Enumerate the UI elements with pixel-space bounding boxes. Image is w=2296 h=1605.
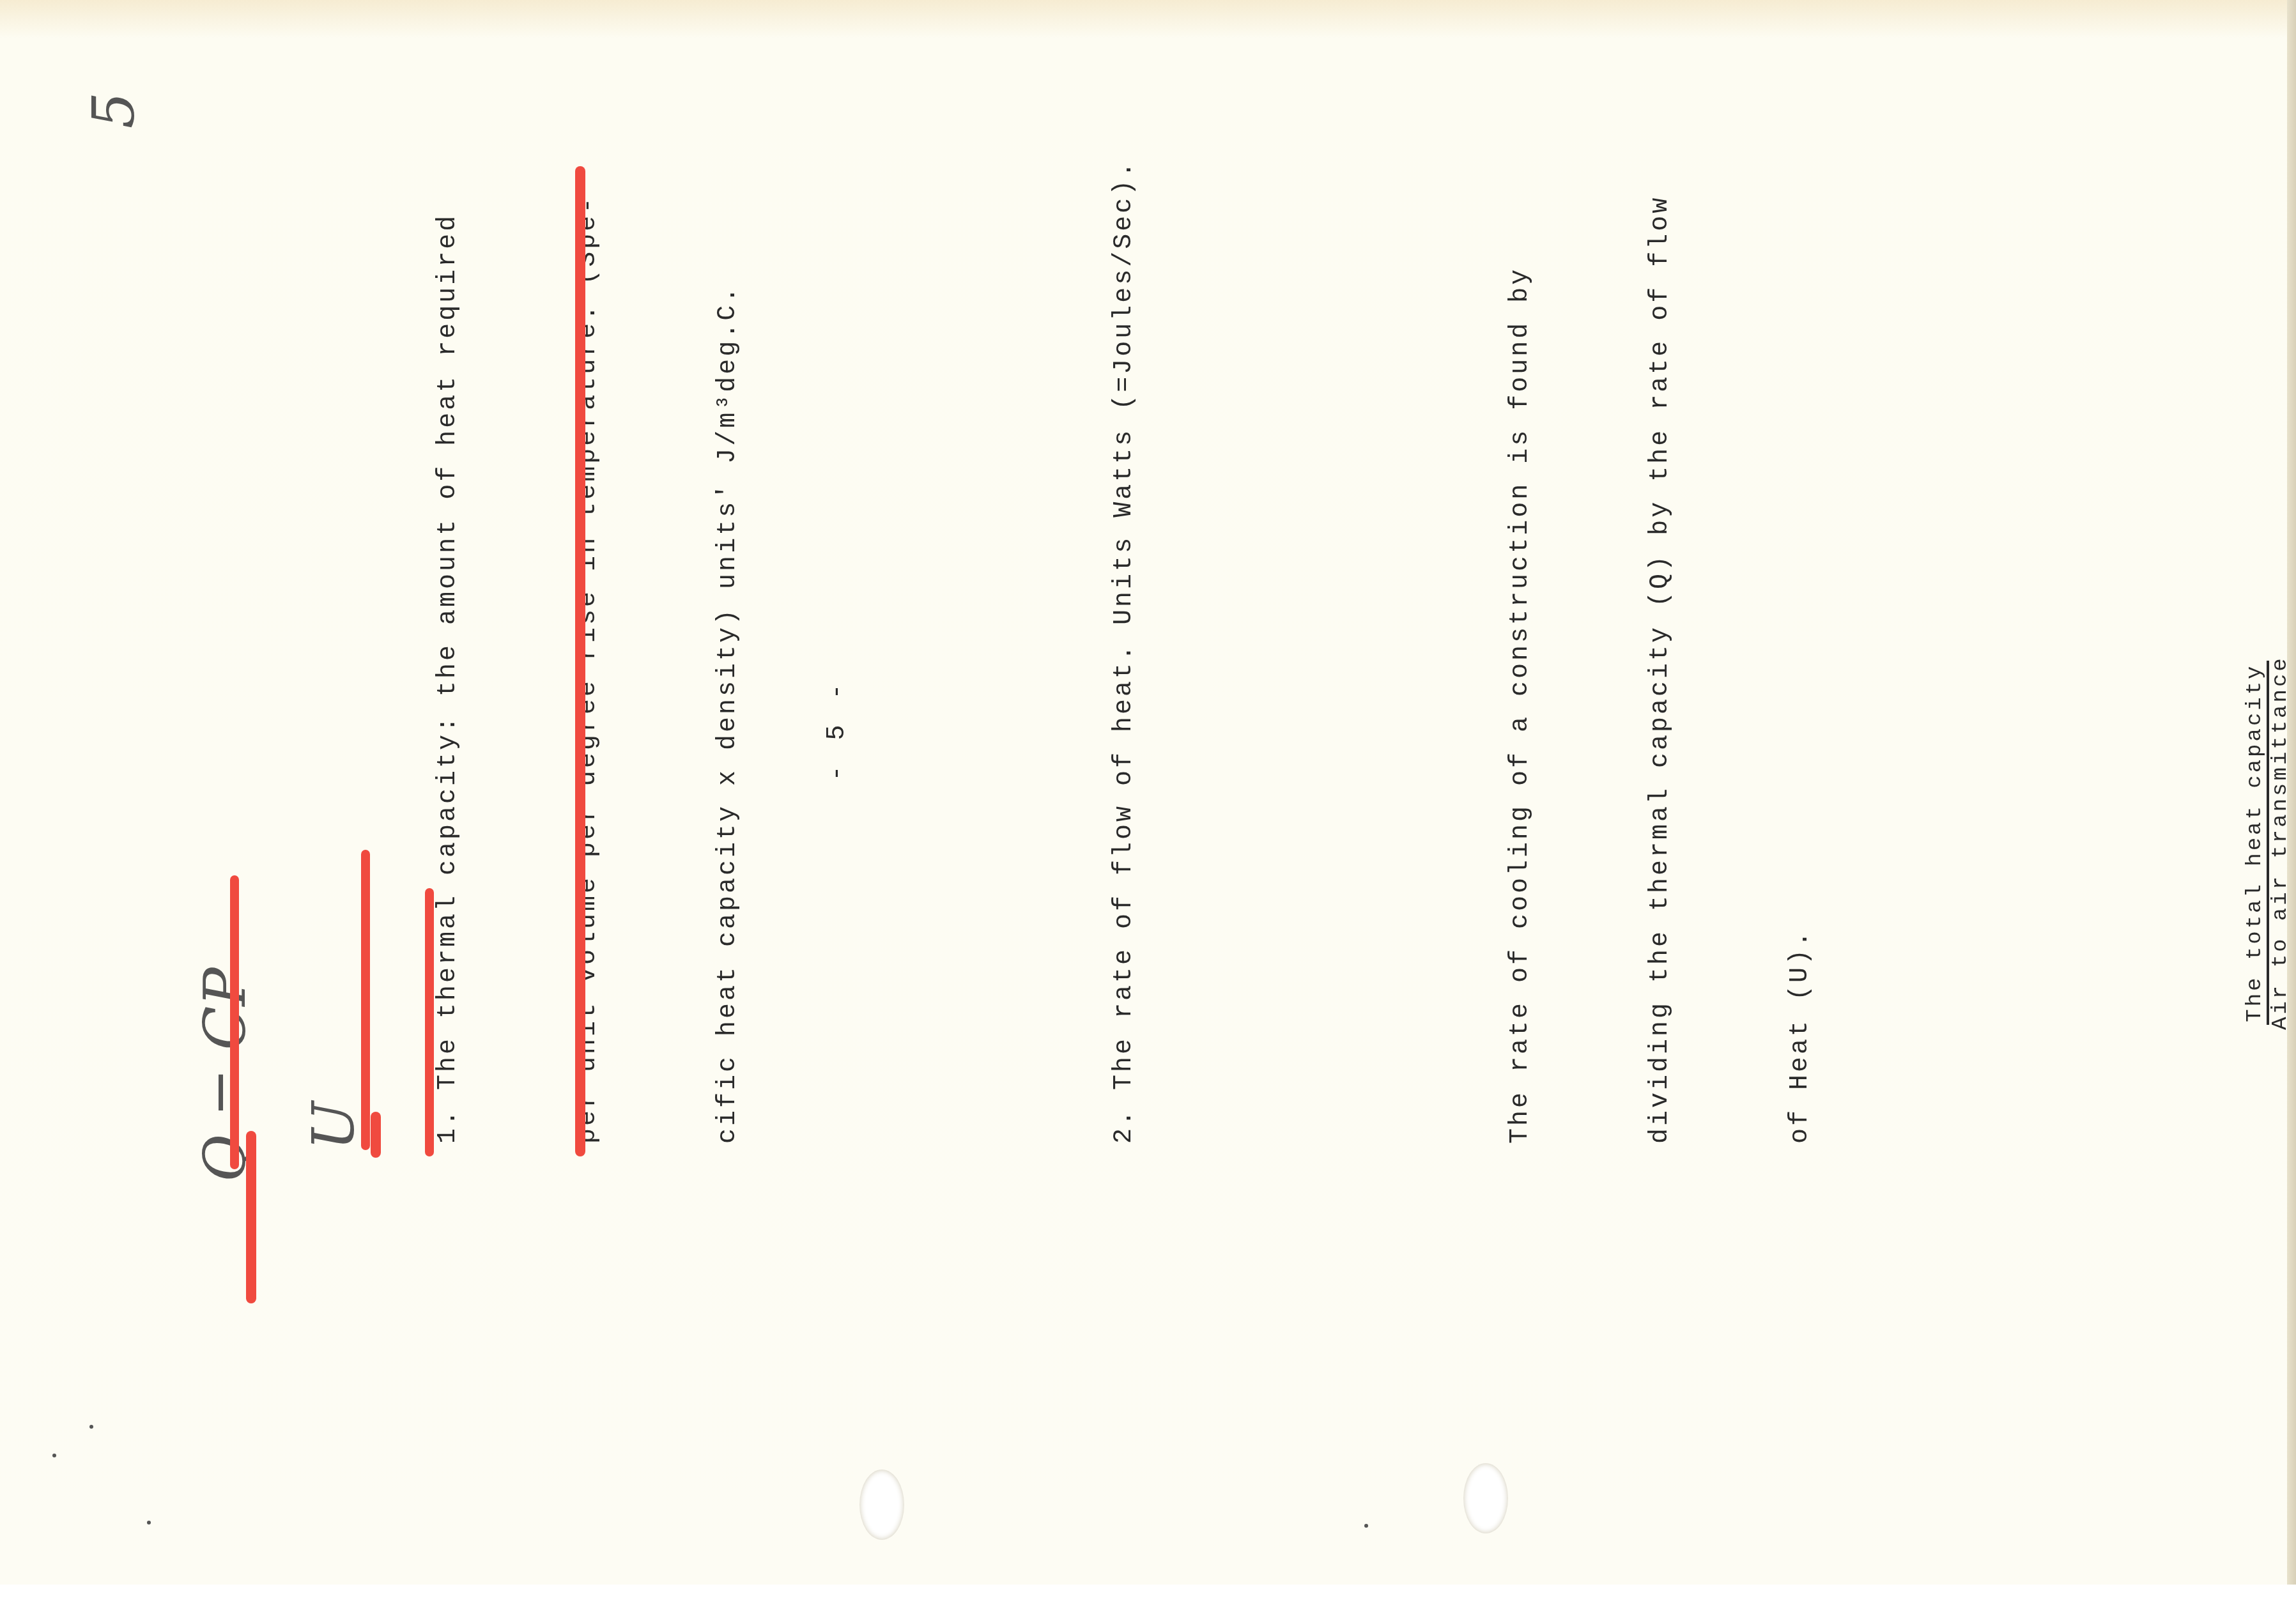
paragraph-rate-of-cooling: The rate of cooling of a construction is… [1404, 45, 1917, 1144]
handwritten-page-number: 5 [81, 92, 148, 128]
speck [89, 1425, 93, 1429]
text-line: per unit volume per degree rise in tempe… [565, 45, 612, 1144]
red-underline-ratio [575, 166, 585, 1156]
text-line: dividing the thermal capacity (Q) by the… [1637, 45, 1684, 1144]
paragraph-thermal-capacity: 1. The thermal capacity: the amount of h… [332, 45, 845, 1144]
text-line: of Heat (U). [1777, 45, 1824, 1144]
red-highlight-mark [246, 1131, 256, 1303]
speck [1364, 1524, 1368, 1528]
red-underline-rate-of-flow [361, 850, 370, 1150]
text-line: cific heat capacity x density) units' J/… [705, 45, 751, 1144]
text-line: 2. The rate of flow of heat. Units Watts… [1101, 45, 1148, 1144]
speck [147, 1521, 151, 1524]
speck [52, 1454, 56, 1457]
document-body: 1. The thermal capacity: the amount of h… [192, 45, 2296, 1144]
red-underline-rate-of-cooling [425, 888, 434, 1156]
text-line: The rate of cooling of a construction is… [1497, 45, 1544, 1144]
time-constant-ratio: The total heat capacity Air to air trans… [2080, 45, 2296, 1144]
punch-hole [1463, 1463, 1508, 1533]
red-underline-thermal-capacity [230, 875, 239, 1169]
fraction: The total heat capacity Air to air trans… [2244, 653, 2292, 1033]
paragraph-rate-of-flow: 2. The rate of flow of heat. Units Watts… [1008, 45, 1241, 1144]
scan-border [0, 1585, 2296, 1605]
punch-hole [859, 1470, 904, 1540]
